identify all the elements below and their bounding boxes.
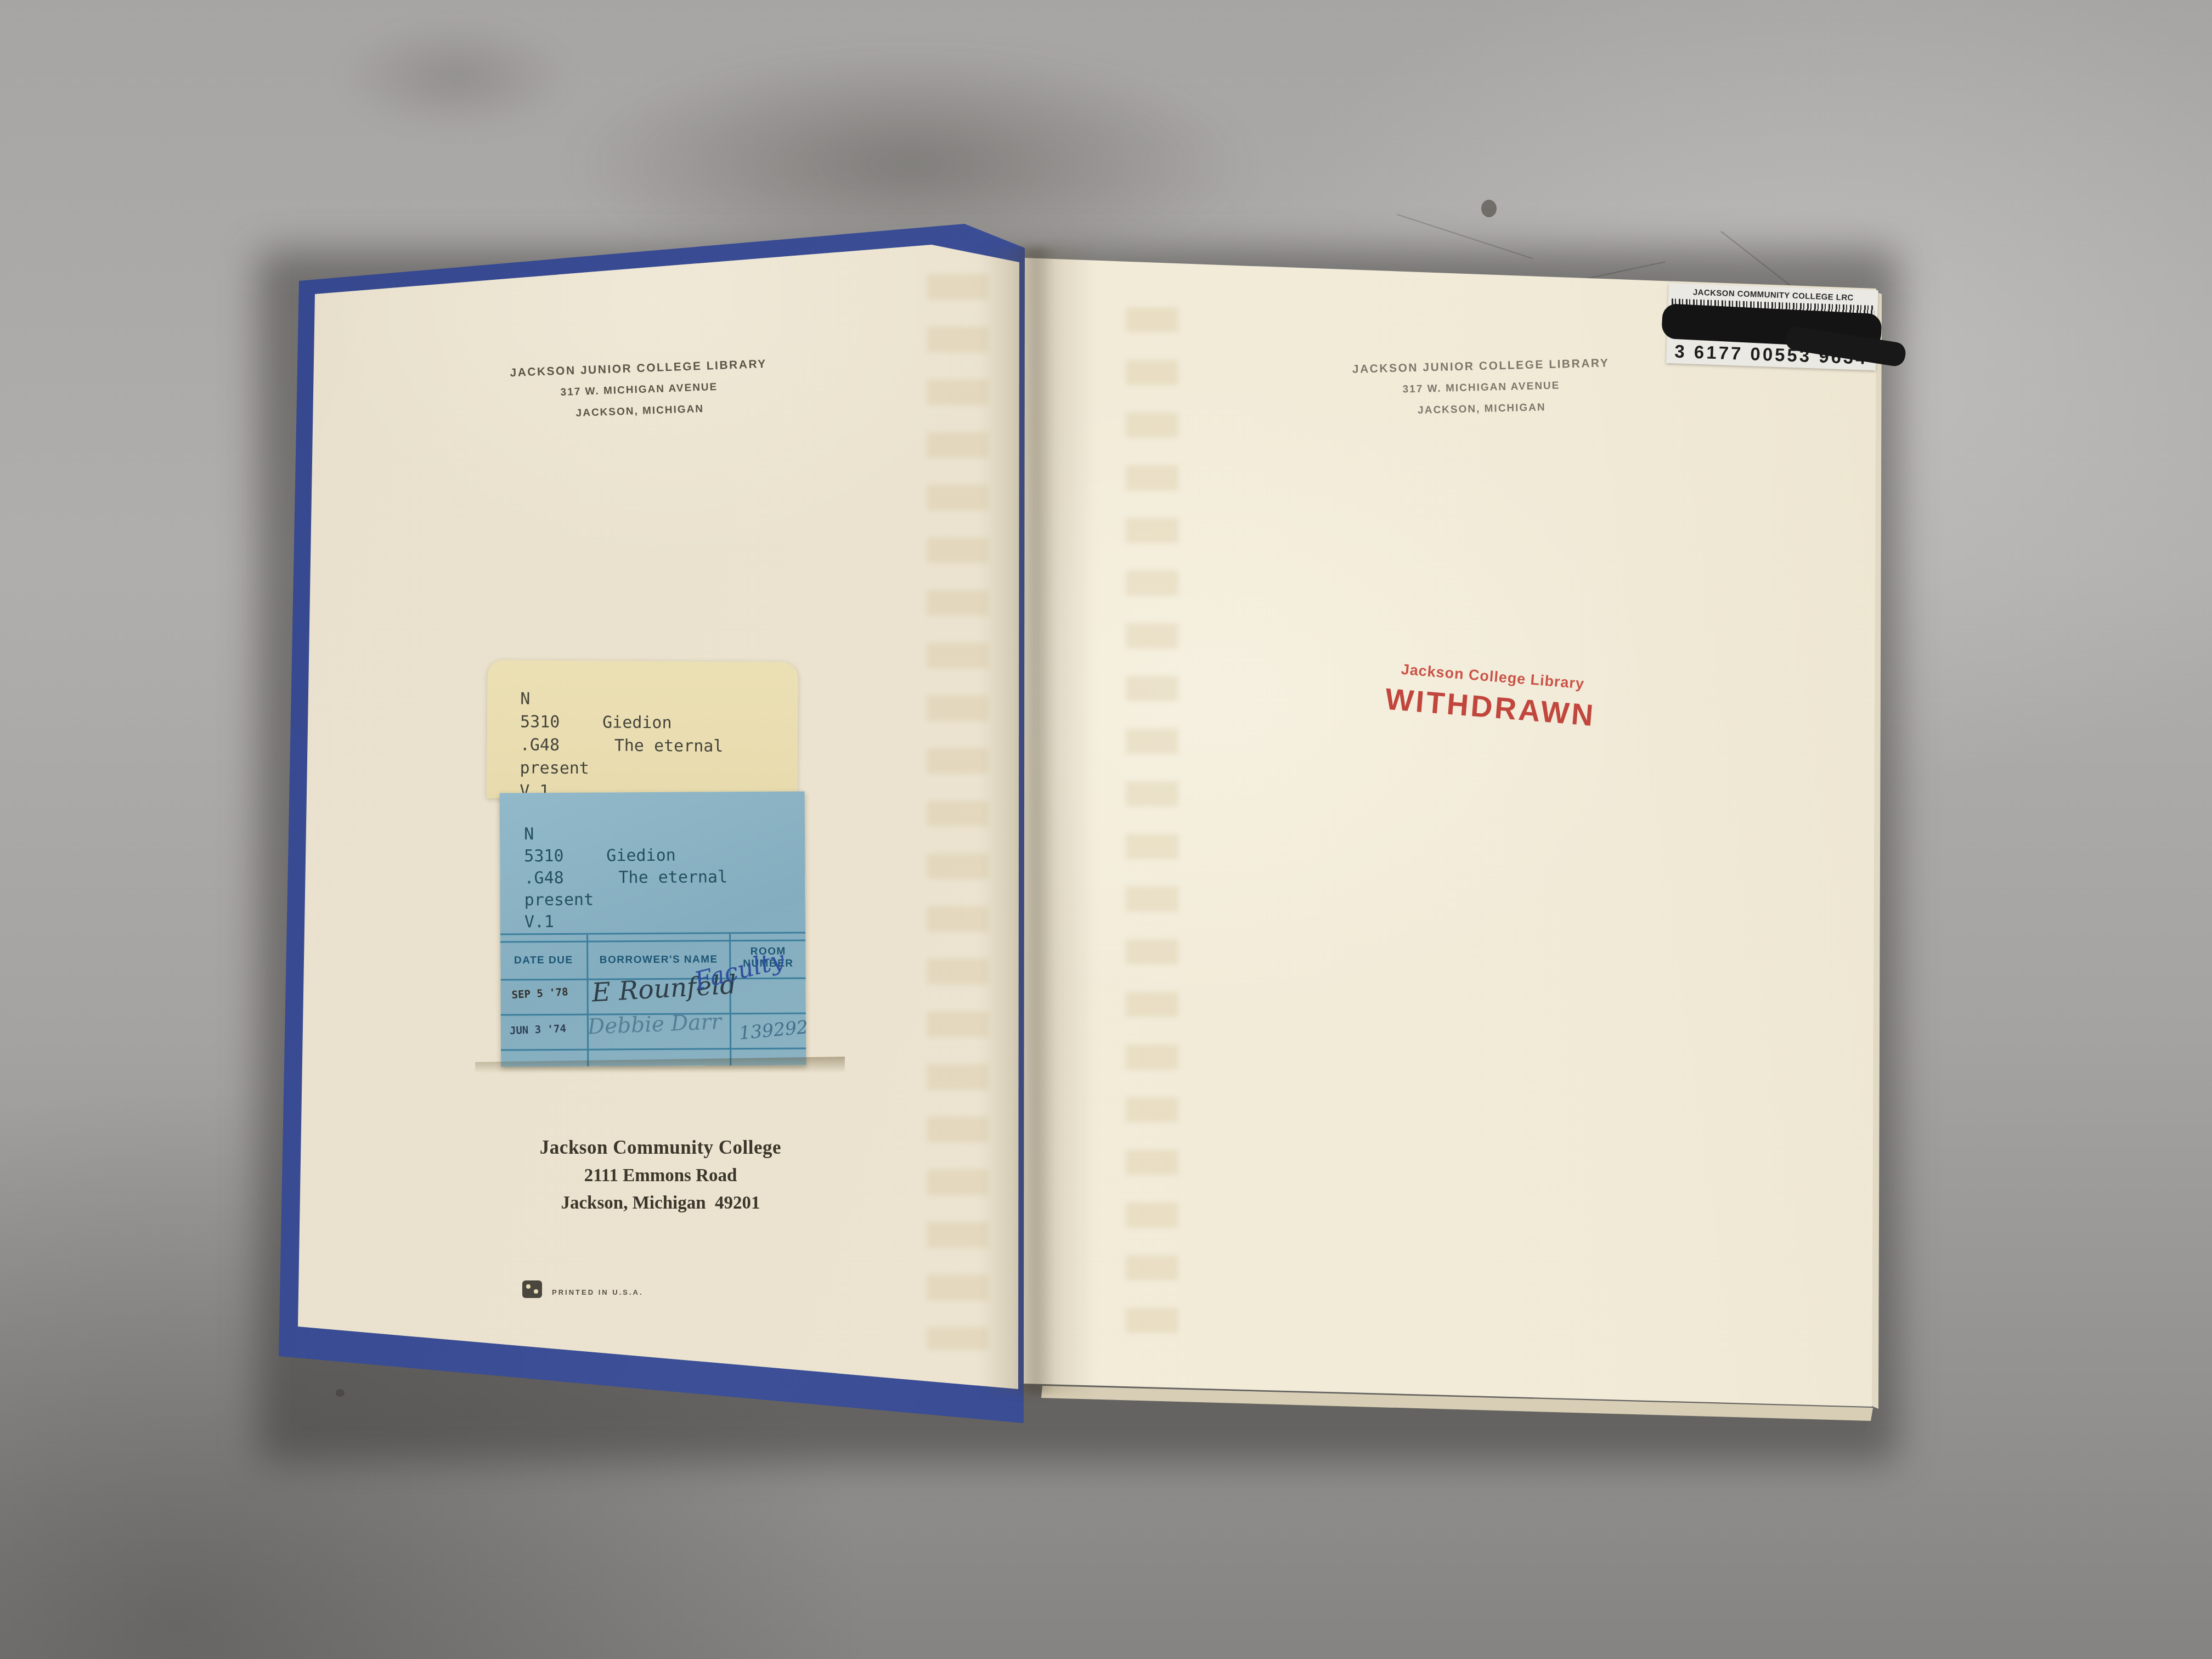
checkout-card: N 5310Giedion .G48The eternal present V.… [500, 792, 806, 1067]
date-due-table: DATE DUE BORROWER'S NAME ROOM NUMBER SEP… [500, 932, 806, 1067]
date-due-stamp: JUN 3 '74 [510, 1023, 567, 1037]
pocket-line: Jackson, Michigan 49201 [496, 1189, 825, 1217]
author-line: 5310Giedion [520, 710, 798, 736]
table-rule [501, 1048, 806, 1051]
table-speck [1481, 200, 1497, 217]
glue-ghost-stains-right [1126, 307, 1178, 1350]
call-number: N [524, 823, 606, 845]
call-number-line: N [524, 822, 805, 846]
author-line: 5310Giedion [524, 844, 805, 868]
borrower-signature: Debbie Darr [587, 1009, 722, 1040]
column-header-date-due: DATE DUE [500, 955, 586, 967]
title-line: .G48The eternal present [520, 733, 798, 782]
glue-ghost-stains-left [927, 274, 989, 1350]
barcode-label: JACKSON COMMUNITY COLLEGE LRC 3 6177 005… [1666, 283, 1878, 370]
table-rule [500, 940, 805, 943]
pocket-address-print: Jackson Community College 2111 Emmons Ro… [496, 1133, 825, 1217]
call-number-line: N [520, 687, 798, 713]
call-number: 5310 [520, 710, 602, 734]
title-line: .G48The eternal present [524, 866, 805, 912]
book-gutter-shadow [980, 247, 1095, 1393]
author: Giedion [602, 713, 672, 732]
author: Giedion [606, 846, 676, 866]
pocket-line: 2111 Emmons Road [496, 1162, 825, 1189]
call-number: .G48 [524, 867, 606, 889]
library-address-stamp-left: JACKSON JUNIOR COLLEGE LIBRARY 317 W. MI… [468, 352, 810, 428]
brodart-logo-icon [522, 1280, 542, 1298]
pocket-line: Jackson Community College [496, 1133, 825, 1162]
background-scuff [340, 22, 571, 132]
photo-of-open-library-book: JACKSON JUNIOR COLLEGE LIBRARY 317 W. MI… [0, 0, 2212, 1659]
call-number: N [520, 687, 602, 711]
printed-in-usa-note: PRINTED IN U.S.A. [552, 1288, 644, 1296]
call-number: .G48 [520, 733, 602, 757]
call-number: 5310 [524, 845, 606, 867]
library-address-stamp-right: JACKSON JUNIOR COLLEGE LIBRARY 317 W. MI… [1311, 351, 1652, 424]
room-entry-handwritten: 139292 [738, 1016, 809, 1043]
date-due-stamp: SEP 5 '78 [511, 986, 568, 1001]
catalog-card: N 5310Giedion .G48The eternal present V.… [487, 660, 798, 800]
volume-line: V.1 [524, 910, 805, 934]
call-number: V.1 [524, 911, 607, 933]
